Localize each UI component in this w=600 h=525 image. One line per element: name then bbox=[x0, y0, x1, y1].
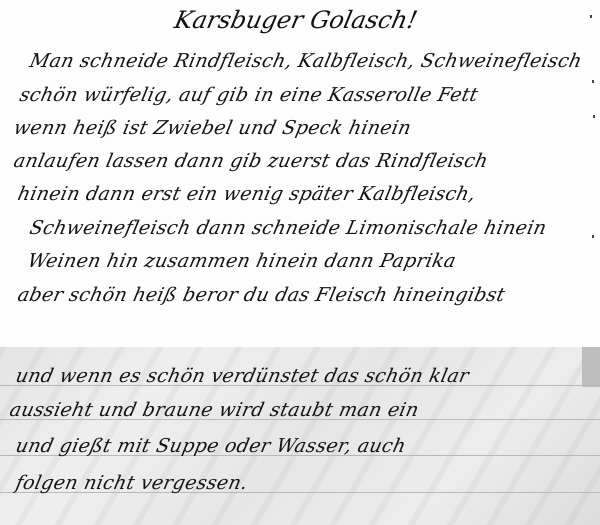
recipe-title: Karsbuger Golasch! bbox=[172, 6, 420, 34]
scanned-page: Karsbuger Golasch! Man schneide Rindflei… bbox=[0, 0, 600, 525]
text-line: und gießt mit Suppe oder Wasser, auch bbox=[14, 435, 408, 457]
text-line: Weinen hin zusammen hinein dann Paprika bbox=[26, 250, 458, 272]
text-line: wenn heiß ist Zwiebel und Speck hinein bbox=[12, 117, 414, 139]
scan-speck bbox=[593, 115, 595, 118]
text-line: anlaufen lassen dann gib zuerst das Rind… bbox=[12, 150, 491, 172]
text-line: Man schneide Rindfleisch, Kalbfleisch, S… bbox=[28, 50, 584, 72]
text-line: schön würfelig, auf gib in eine Kasserol… bbox=[18, 84, 481, 106]
text-line: Schweinefleisch dann schneide Limonischa… bbox=[28, 217, 549, 239]
text-line: und wenn es schön verdünstet das schön k… bbox=[14, 365, 471, 387]
scan-speck bbox=[592, 235, 594, 238]
lower-scan-section: und wenn es schön verdünstet das schön k… bbox=[0, 347, 600, 525]
upper-scan-section: Karsbuger Golasch! Man schneide Rindflei… bbox=[0, 0, 600, 347]
scan-speck bbox=[590, 15, 592, 18]
scan-shadow bbox=[582, 347, 600, 387]
text-line: aussieht und braune wird staubt man ein bbox=[8, 399, 421, 421]
text-line: hinein dann erst ein wenig später Kalbfl… bbox=[16, 183, 478, 205]
text-line: aber schön heiß beror du das Fleisch hin… bbox=[16, 284, 507, 306]
scan-speck bbox=[592, 80, 594, 83]
text-line: folgen nicht vergessen. bbox=[14, 472, 250, 494]
